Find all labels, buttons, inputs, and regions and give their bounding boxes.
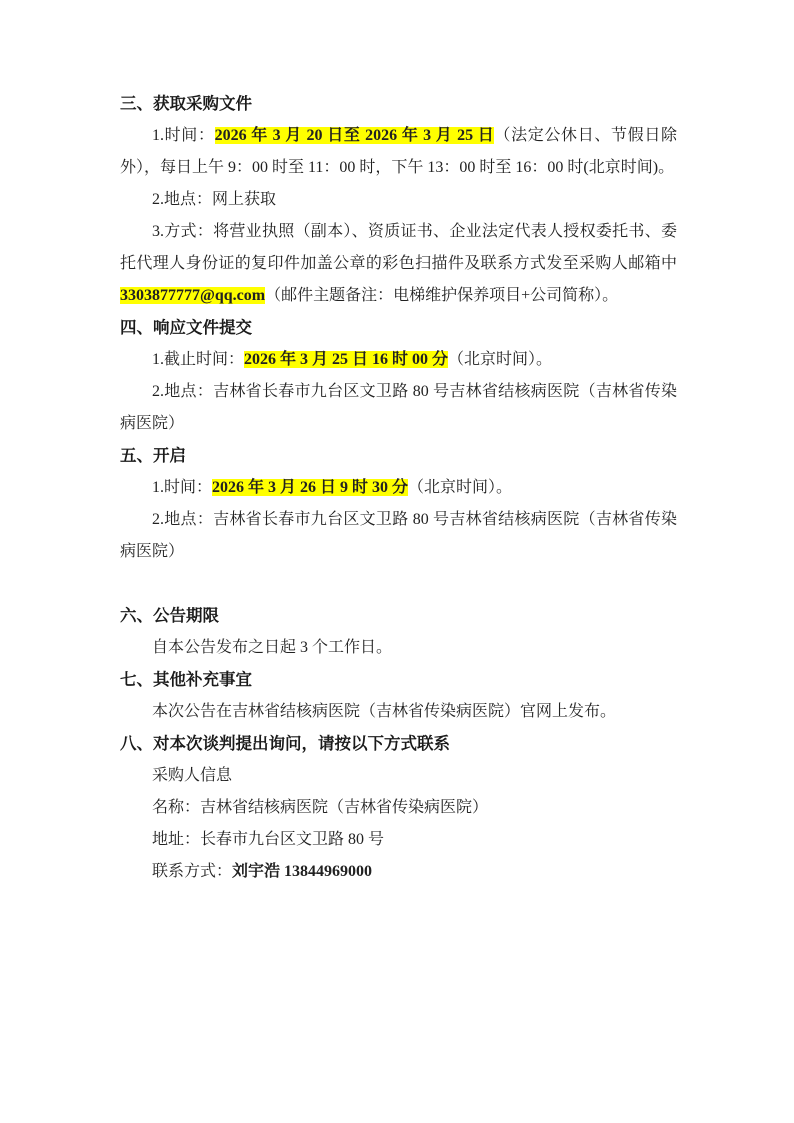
highlighted-deadline: 2026 年 3 月 25 日 16 时 00 分 [244, 351, 448, 368]
paragraph-purchaser-info-label: 采购人信息 [120, 760, 677, 792]
paragraph-method: 3.方式：将营业执照（副本）、资质证书、企业法定代表人授权委托书、委托代理人身份… [120, 216, 677, 312]
text-run: 联系方式： [152, 863, 232, 880]
section-heading: 八、对本次谈判提出询问，请按以下方式联系 [120, 728, 677, 760]
highlighted-date-range: 2026 年 3 月 20 日至 2026 年 3 月 25 日 [215, 127, 495, 144]
text-run: 2.地点：网上获取 [152, 191, 276, 208]
contact-name-phone: 刘宇浩 13844969000 [232, 863, 372, 880]
text-run: （北京时间）。 [448, 351, 552, 368]
blank-line [120, 568, 677, 600]
paragraph-contact-method: 联系方式：刘宇浩 13844969000 [120, 856, 677, 888]
text-run: 本次公告在吉林省结核病医院（吉林省传染病医院）官网上发布。 [152, 703, 616, 720]
paragraph-period: 自本公告发布之日起 3 个工作日。 [120, 632, 677, 664]
paragraph-location: 2.地点：吉林省长春市九台区文卫路 80 号吉林省结核病医院（吉林省传染病医院） [120, 376, 677, 440]
text-run: 地址：长春市九台区文卫路 80 号 [152, 831, 384, 848]
text-run: （北京时间）。 [408, 479, 512, 496]
text-run: 1.时间： [152, 127, 215, 144]
section-opening: 五、开启 1.时间：2026 年 3 月 26 日 9 时 30 分（北京时间）… [120, 440, 677, 568]
paragraph-location: 2.地点：网上获取 [120, 184, 677, 216]
text-run: 采购人信息 [152, 767, 232, 784]
document-page: 三、获取采购文件 1.时间：2026 年 3 月 20 日至 2026 年 3 … [0, 0, 794, 1123]
text-run: 1.时间： [152, 479, 212, 496]
text-run: 2.地点：吉林省长春市九台区文卫路 80 号吉林省结核病医院（吉林省传染病医院） [120, 383, 677, 432]
section-heading: 三、获取采购文件 [120, 88, 677, 120]
text-run: 名称：吉林省结核病医院（吉林省传染病医院） [152, 799, 488, 816]
highlighted-opening-time: 2026 年 3 月 26 日 9 时 30 分 [212, 479, 408, 496]
paragraph-deadline: 1.截止时间：2026 年 3 月 25 日 16 时 00 分（北京时间）。 [120, 344, 677, 376]
paragraph-time: 1.时间：2026 年 3 月 20 日至 2026 年 3 月 25 日（法定… [120, 120, 677, 184]
paragraph-location: 2.地点：吉林省长春市九台区文卫路 80 号吉林省结核病医院（吉林省传染病医院） [120, 504, 677, 568]
paragraph-purchaser-name: 名称：吉林省结核病医院（吉林省传染病医院） [120, 792, 677, 824]
paragraph-purchaser-address: 地址：长春市九台区文卫路 80 号 [120, 824, 677, 856]
section-contact-information: 八、对本次谈判提出询问，请按以下方式联系 采购人信息 名称：吉林省结核病医院（吉… [120, 728, 677, 888]
section-obtain-procurement-documents: 三、获取采购文件 1.时间：2026 年 3 月 20 日至 2026 年 3 … [120, 88, 677, 312]
highlighted-email: 3303877777@qq.com [120, 287, 265, 304]
text-run: 自本公告发布之日起 3 个工作日。 [152, 639, 392, 656]
text-run: 1.截止时间： [152, 351, 244, 368]
section-heading: 五、开启 [120, 440, 677, 472]
text-run: 2.地点：吉林省长春市九台区文卫路 80 号吉林省结核病医院（吉林省传染病医院） [120, 511, 677, 560]
section-heading: 七、其他补充事宜 [120, 664, 677, 696]
section-heading: 六、公告期限 [120, 600, 677, 632]
section-other-supplementary-matters: 七、其他补充事宜 本次公告在吉林省结核病医院（吉林省传染病医院）官网上发布。 [120, 664, 677, 728]
text-run: （邮件主题备注：电梯维护保养项目+公司简称）。 [265, 287, 618, 304]
paragraph-publish-info: 本次公告在吉林省结核病医院（吉林省传染病医院）官网上发布。 [120, 696, 677, 728]
paragraph-opening-time: 1.时间：2026 年 3 月 26 日 9 时 30 分（北京时间）。 [120, 472, 677, 504]
section-response-document-submission: 四、响应文件提交 1.截止时间：2026 年 3 月 25 日 16 时 00 … [120, 312, 677, 440]
section-heading: 四、响应文件提交 [120, 312, 677, 344]
text-run: 3.方式：将营业执照（副本）、资质证书、企业法定代表人授权委托书、委托代理人身份… [120, 223, 677, 272]
section-announcement-period: 六、公告期限 自本公告发布之日起 3 个工作日。 [120, 600, 677, 664]
